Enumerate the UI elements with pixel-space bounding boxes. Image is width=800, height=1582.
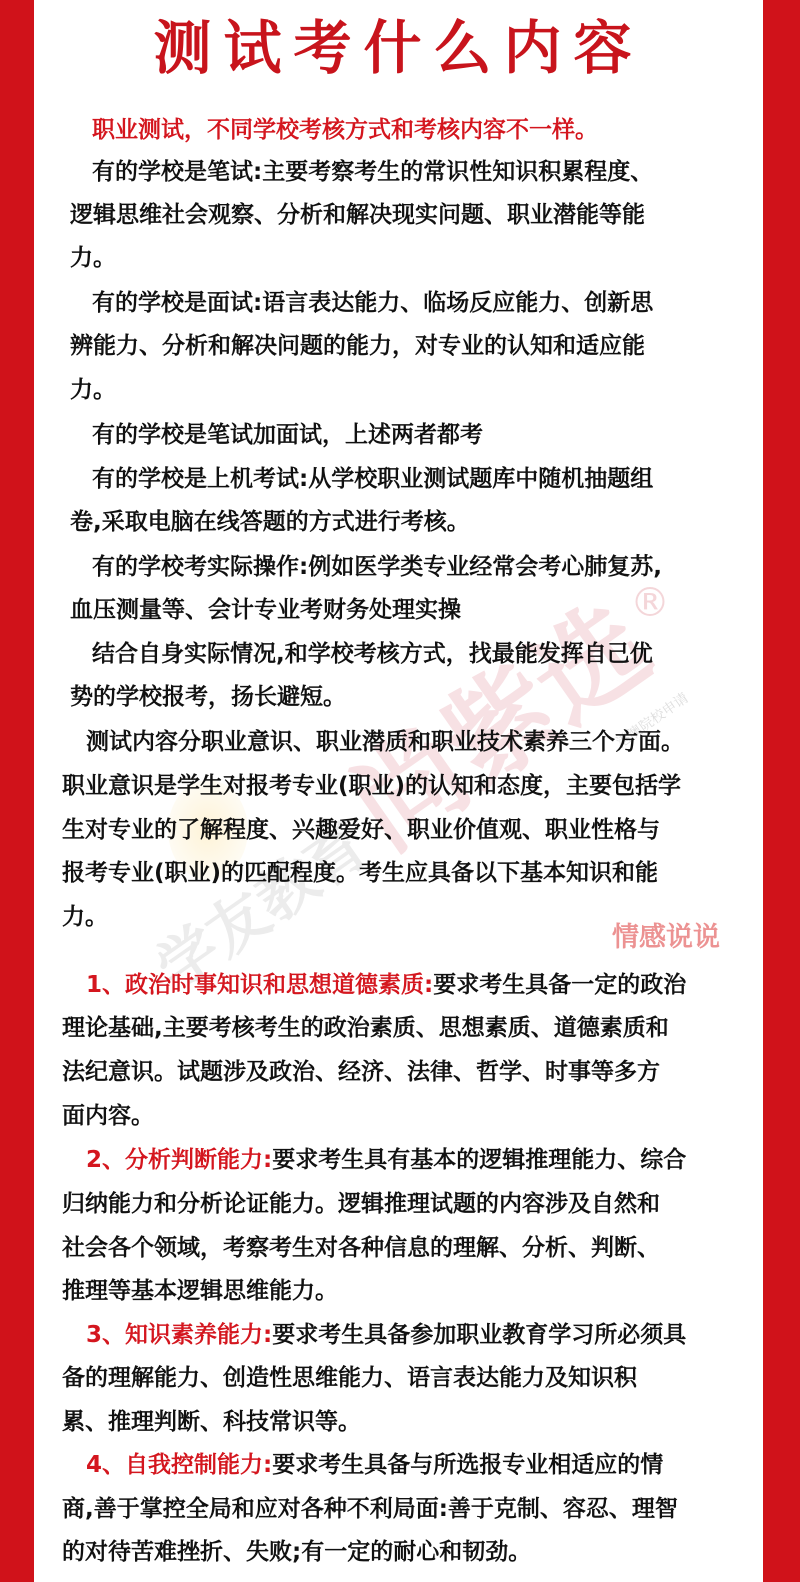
text-line: 推理等基本逻辑思维能力。 (62, 1276, 338, 1306)
text-line: 职业意识是学生对报考专业(职业)的认知和态度，主要包括学 (62, 771, 681, 801)
text-line: 归纳能力和分析论证能力。逻辑推理试题的内容涉及自然和 (62, 1189, 660, 1219)
item-4-text: 要求考生具备与所选报专业相适应的情 (272, 1452, 663, 1478)
text-line: 社会各个领域，考察考生对各种信息的理解、分析、判断、 (62, 1233, 660, 1263)
text-line: 报考专业(职业)的匹配程度。考生应具备以下基本知识和能 (62, 858, 658, 888)
watermark-corner: 情感说说 (612, 915, 720, 954)
text-line: 结合自身实际情况,和学校考核方式，找最能发挥自己优 (92, 639, 653, 669)
text-line: 力。 (62, 902, 108, 932)
text-line: 有的学校是笔试:主要考察考生的常识性知识积累程度、 (92, 157, 653, 187)
text-line: 势的学校报考，扬长避短。 (70, 682, 346, 712)
text-line: 逻辑思维社会观察、分析和解决现实问题、职业潜能等能 (70, 200, 645, 230)
text-line: 备的理解能力、创造性思维能力、语言表达能力及知识积 (62, 1363, 637, 1393)
text-line: 卷,采取电脑在线答题的方式进行考核。 (70, 507, 470, 537)
item-2-label: 2、分析判断能力: (86, 1147, 272, 1173)
text-line: 的对待苦难挫折、失败;有一定的耐心和韧劲。 (62, 1537, 531, 1567)
text-line: 面内容。 (62, 1101, 154, 1131)
left-red-border (0, 0, 34, 1582)
item-4-first-line: 4、自我控制能力:要求考生具备与所选报专业相适应的情 (86, 1450, 663, 1480)
page-title: 测试考什么内容 (34, 8, 763, 88)
item-4-label: 4、自我控制能力: (86, 1452, 272, 1478)
item-3-first-line: 3、知识素养能力:要求考生具备参加职业教育学习所必须具 (86, 1320, 686, 1350)
item-1-first-line: 1、政治时事知识和思想道德素质:要求考生具备一定的政治 (86, 970, 686, 1000)
text-line: 辨能力、分析和解决问题的能力，对专业的认知和适应能 (70, 331, 645, 361)
text-line: 有的学校是面试:语言表达能力、临场反应能力、创新思 (92, 288, 653, 318)
intro-line: 职业测试，不同学校考核方式和考核内容不一样。 (92, 115, 598, 145)
item-3-text: 要求考生具备参加职业教育学习所必须具 (272, 1322, 686, 1348)
watermark-registered: ® (630, 580, 670, 626)
item-2-text: 要求考生具有基本的逻辑推理能力、综合 (272, 1147, 686, 1173)
item-2-first-line: 2、分析判断能力:要求考生具有基本的逻辑推理能力、综合 (86, 1145, 686, 1175)
text-line: 测试内容分职业意识、职业潜质和职业技术素养三个方面。 (86, 727, 684, 757)
item-1-label: 1、政治时事知识和思想道德素质: (86, 972, 433, 998)
text-line: 有的学校考实际操作:例如医学类专业经常会考心肺复苏, (92, 552, 662, 582)
text-line: 有的学校是上机考试:从学校职业测试题库中随机抽题组 (92, 464, 653, 494)
text-line: 生对专业的了解程度、兴趣爱好、职业价值观、职业性格与 (62, 815, 660, 845)
text-line: 有的学校是笔试加面试，上述两者都考 (92, 420, 483, 450)
text-line: 血压测量等、会计专业考财务处理实操 (70, 595, 461, 625)
text-line: 理论基础,主要考核考生的政治素质、思想素质、道德素质和 (62, 1013, 669, 1043)
item-3-label: 3、知识素养能力: (86, 1322, 272, 1348)
text-line: 力。 (70, 243, 116, 273)
text-line: 力。 (70, 375, 116, 405)
right-red-border (763, 0, 800, 1582)
item-1-text: 要求考生具备一定的政治 (433, 972, 686, 998)
text-line: 累、推理判断、科技常识等。 (62, 1407, 361, 1437)
text-line: 商,善于掌控全局和应对各种不利局面:善于克制、容忍、理智 (62, 1494, 678, 1524)
text-line: 法纪意识。试题涉及政治、经济、法律、哲学、时事等多方 (62, 1057, 660, 1087)
